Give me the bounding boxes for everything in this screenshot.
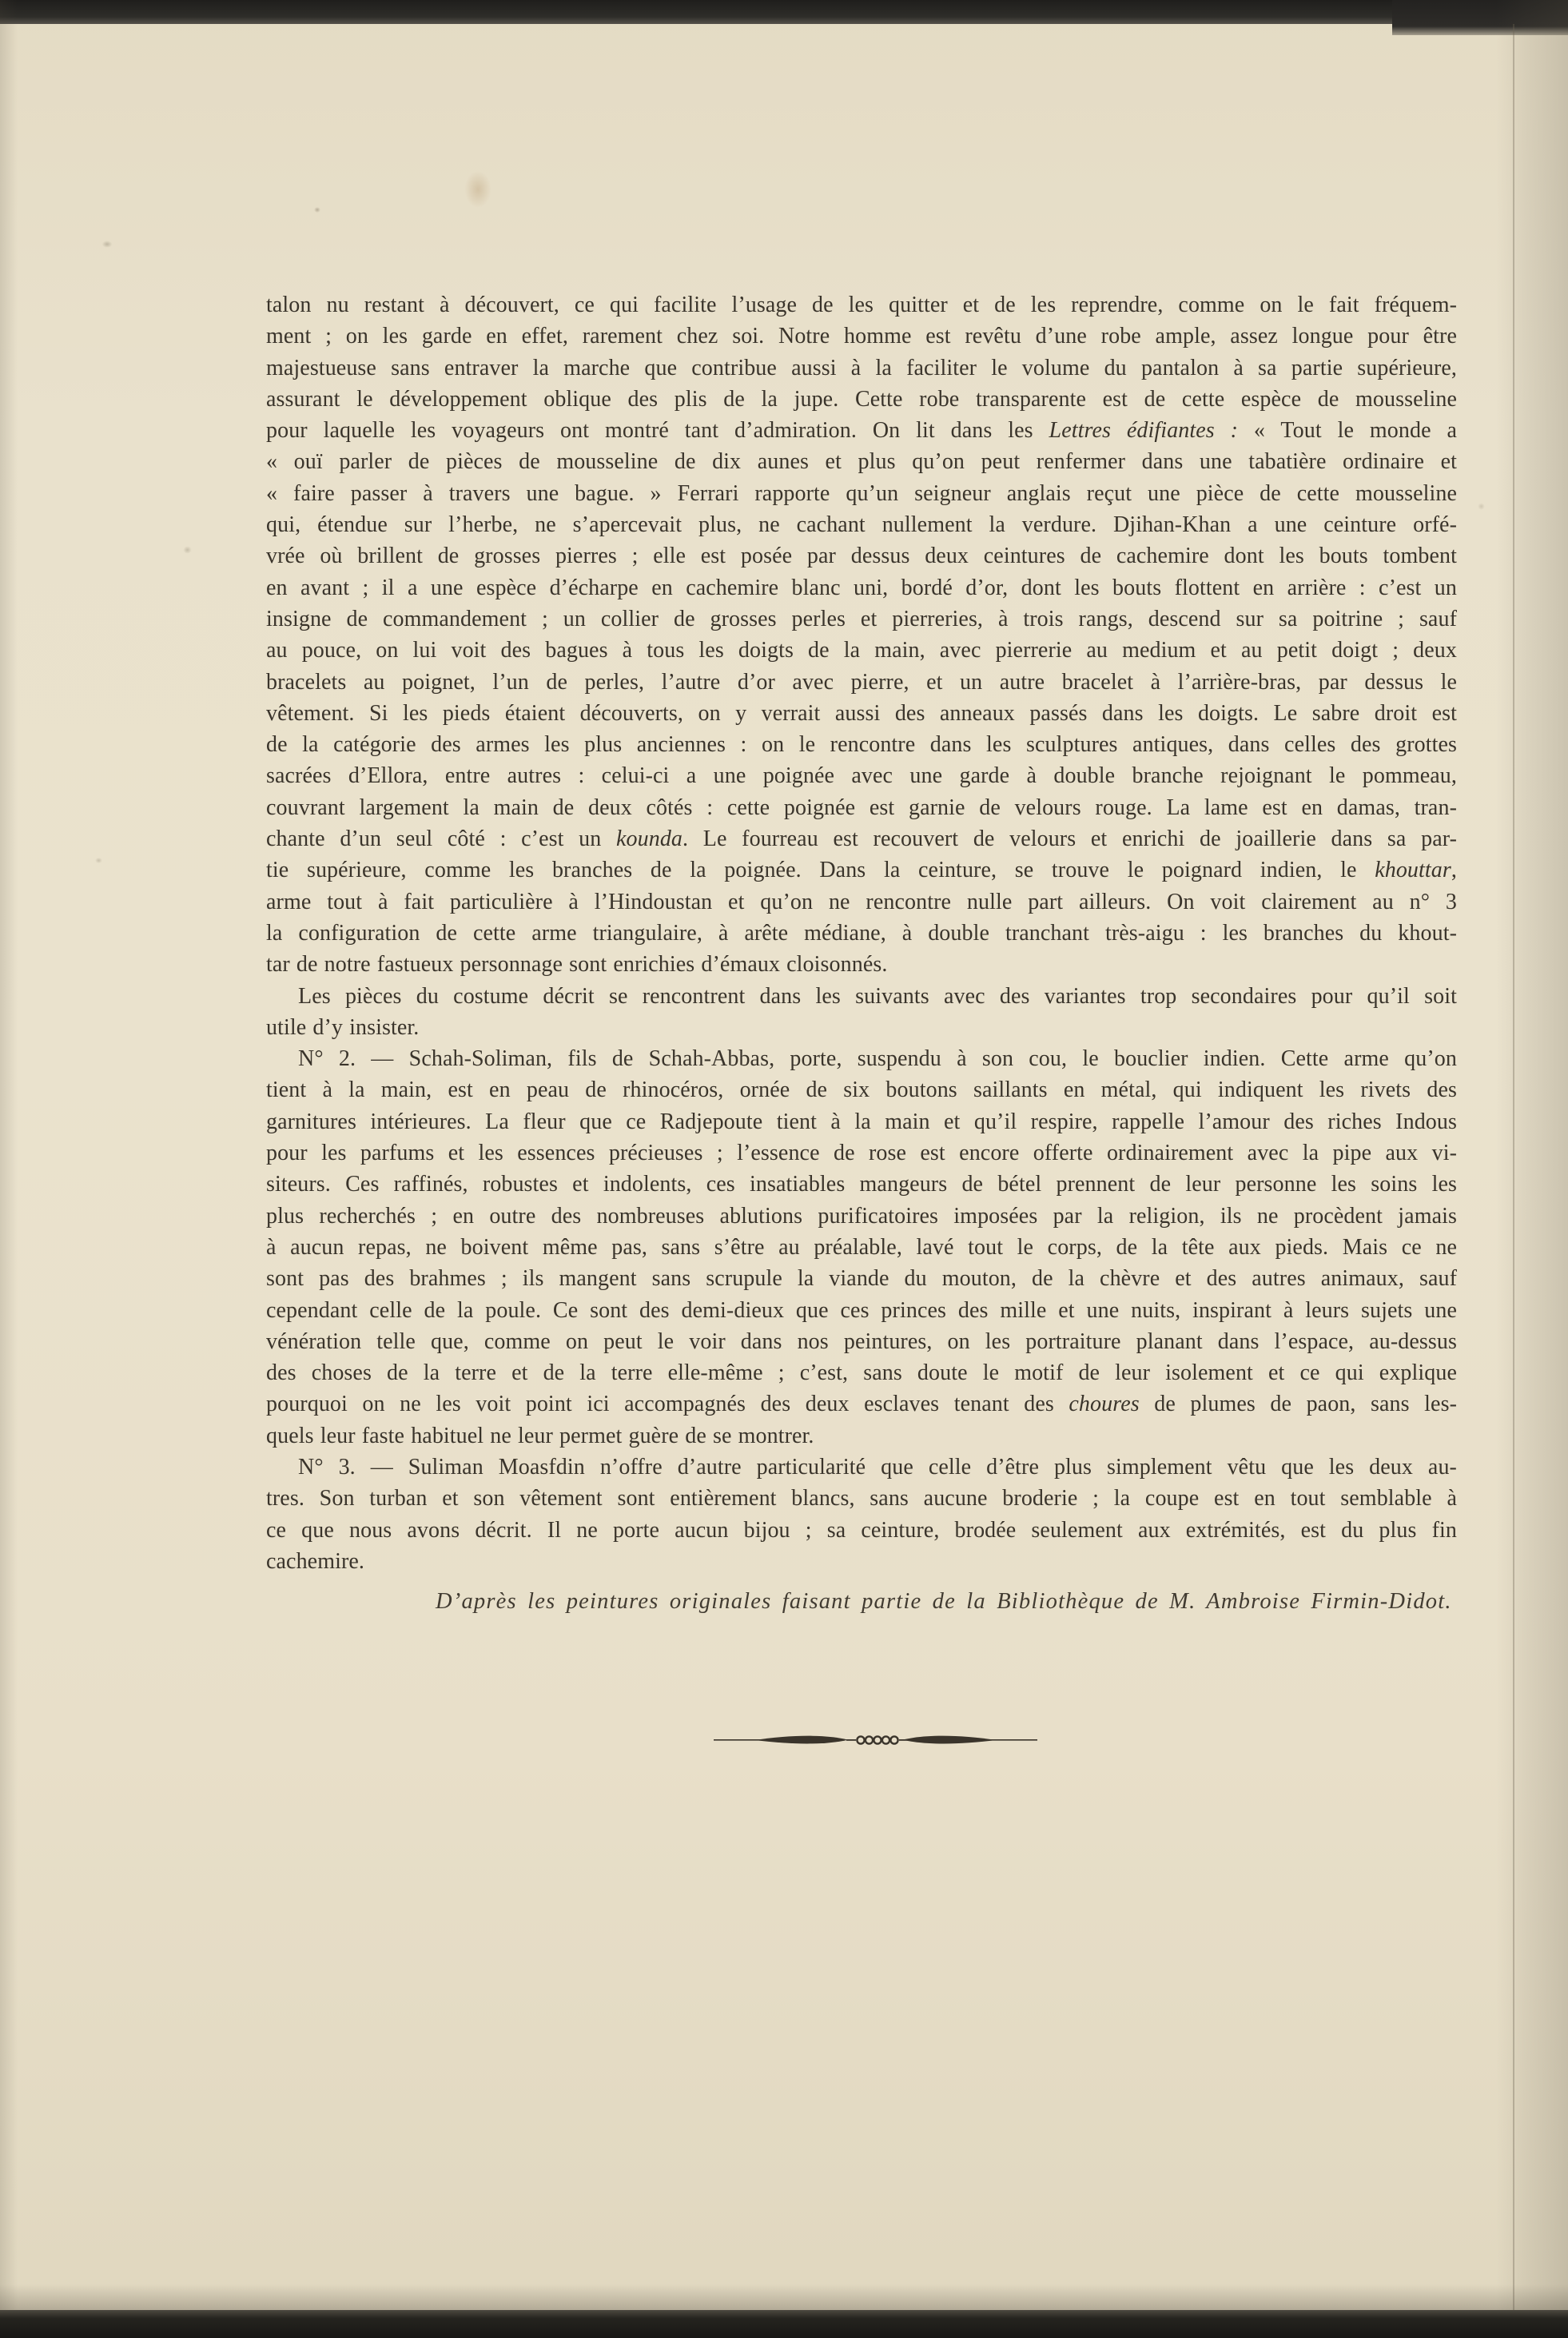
text-line: bracelets au poignet, l’un de perles, l’… xyxy=(266,667,1457,698)
text-line: N° 2. — Schah-Soliman, fils de Schah-Abb… xyxy=(266,1043,1457,1074)
body-text: talon nu restant à découvert, ce qui fac… xyxy=(266,289,1457,1577)
page-crease-line xyxy=(1513,24,1514,2310)
text-line: sacrées d’Ellora, entre autres : celui-c… xyxy=(266,760,1457,791)
text-line: en avant ; il a une espèce d’écharpe en … xyxy=(266,572,1457,603)
text-line: à aucun repas, ne boivent même pas, sans… xyxy=(266,1232,1457,1263)
text-line: siteurs. Ces raffinés, robustes et indol… xyxy=(266,1169,1457,1200)
paper-stain xyxy=(460,164,496,215)
text-line: garnitures intérieures. La fleur que ce … xyxy=(266,1106,1457,1137)
paper-stain xyxy=(182,545,193,555)
credit-line: D’après les peintures originales faisant… xyxy=(436,1589,1452,1615)
text-line: cachemire. xyxy=(266,1546,1457,1577)
text-line: vrée où brillent de grosses pierres ; el… xyxy=(266,540,1457,572)
text-line: cependant celle de la poule. Ce sont des… xyxy=(266,1295,1457,1326)
text-line: majestueuse sans entraver la marche que … xyxy=(266,352,1457,384)
text-line: tar de notre fastueux personnage sont en… xyxy=(266,949,1457,980)
paper-stain xyxy=(94,857,103,864)
page-right-edge-shadow xyxy=(1496,0,1568,2338)
text-line: tres. Son turban et son vêtement sont en… xyxy=(266,1483,1457,1514)
text-line: de la catégorie des armes les plus ancie… xyxy=(266,729,1457,760)
text-line: pour laquelle les voyageurs ont montré t… xyxy=(266,415,1457,446)
text-line: tie supérieure, comme les branches de la… xyxy=(266,854,1457,886)
text-line: insigne de commandement ; un collier de … xyxy=(266,603,1457,635)
text-line: qui, étendue sur l’herbe, ne s’apercevai… xyxy=(266,509,1457,540)
scan-top-border xyxy=(0,0,1568,24)
text-line: utile d’y insister. xyxy=(266,1012,1457,1043)
text-line: la configuration de cette arme triangula… xyxy=(266,918,1457,949)
page-left-edge-shadow xyxy=(0,0,18,2338)
text-line: ce que nous avons décrit. Il ne porte au… xyxy=(266,1515,1457,1546)
text-line: sont pas des brahmes ; ils mangent sans … xyxy=(266,1263,1457,1294)
text-line: « faire passer à travers une bague. » Fe… xyxy=(266,478,1457,509)
text-line: « ouï parler de pièces de mousseline de … xyxy=(266,446,1457,477)
paper-stain xyxy=(101,240,113,249)
text-line: vêtement. Si les pieds étaient découvert… xyxy=(266,698,1457,729)
text-line: au pouce, on lui voit des bagues à tous … xyxy=(266,635,1457,666)
paper-stain xyxy=(313,206,321,213)
scanned-page: talon nu restant à découvert, ce qui fac… xyxy=(0,0,1568,2338)
text-line: assurant le développement oblique des pl… xyxy=(266,384,1457,415)
text-line: vénération telle que, comme on peut le v… xyxy=(266,1326,1457,1357)
scan-bottom-border xyxy=(0,2310,1568,2338)
text-line: N° 3. — Suliman Moasfdin n’offre d’autre… xyxy=(266,1452,1457,1483)
text-line: arme tout à fait particulière à l’Hindou… xyxy=(266,886,1457,918)
text-line: quels leur faste habituel ne leur permet… xyxy=(266,1420,1457,1452)
text-line: ment ; on les garde en effet, rarement c… xyxy=(266,321,1457,352)
text-line: tient à la main, est en peau de rhinocér… xyxy=(266,1074,1457,1105)
text-line: chante d’un seul côté : c’est un kounda.… xyxy=(266,823,1457,854)
page-bottom-shadow xyxy=(0,2284,1568,2310)
text-line: pourquoi on ne les voit point ici accomp… xyxy=(266,1388,1457,1420)
paper-stain xyxy=(1477,502,1486,511)
fleuron-divider-icon xyxy=(714,1730,1037,1751)
text-line: Les pièces du costume décrit se rencontr… xyxy=(266,981,1457,1012)
text-line: des choses de la terre et de la terre el… xyxy=(266,1357,1457,1388)
text-line: pour les parfums et les essences précieu… xyxy=(266,1137,1457,1169)
text-line: plus recherchés ; en outre des nombreuse… xyxy=(266,1201,1457,1232)
text-line: couvrant largement la main de deux côtés… xyxy=(266,792,1457,823)
text-line: talon nu restant à découvert, ce qui fac… xyxy=(266,289,1457,321)
